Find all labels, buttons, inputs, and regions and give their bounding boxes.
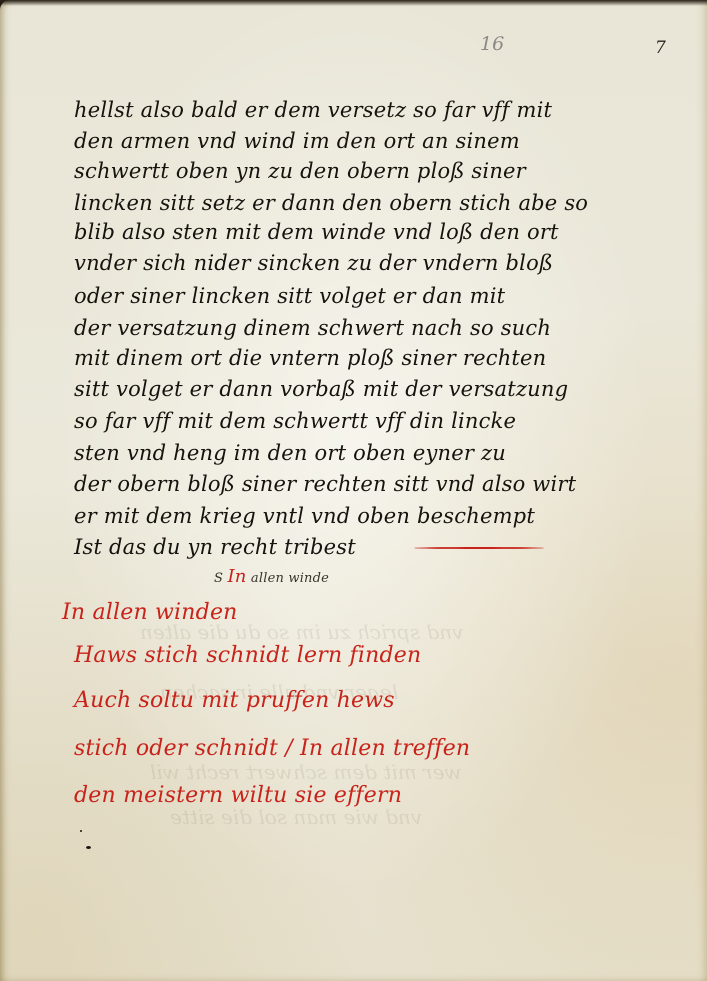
show-through-text: wer mit dem schwert recht wil [150, 760, 462, 784]
red-line-filler [414, 547, 544, 549]
text-line: er mit dem krieg vntl vnd oben beschempt [74, 504, 535, 528]
text-line: schwertt oben yn zu den obern ploß siner [74, 159, 526, 183]
show-through-text: vnd wie man sol die sitte [170, 805, 422, 829]
catchword-prefix: S [214, 571, 223, 586]
rubric-line: den meistern wiltu sie effern [74, 783, 402, 808]
binding-shadow [0, 0, 707, 6]
rubric-line: Haws stich schnidt lern finden [74, 643, 421, 668]
rubric-line: Auch soltu mit pruffen hews [74, 688, 395, 713]
manuscript-page: vnd sprich zu im so du die alten leger v… [0, 0, 707, 981]
text-line: der versatzung dinem schwert nach so suc… [74, 316, 551, 340]
text-line: lincken sitt setz er dann den obern stic… [74, 191, 588, 215]
text-line: der obern bloß siner rechten sitt vnd al… [74, 472, 576, 496]
text-line: sten vnd heng im den ort oben eyner zu [74, 441, 506, 465]
text-line: so far vff mit dem schwertt vff din linc… [74, 409, 516, 433]
text-line: Ist das du yn recht tribest [74, 535, 356, 559]
text-line: blib also sten mit dem winde vnd loß den… [74, 220, 559, 244]
catchword-rubric-letter: In [227, 566, 246, 587]
rubric-line: In allen winden [62, 600, 238, 625]
folio-number-ink: 7 [655, 38, 666, 58]
text-line: hellst also bald er dem versetz so far v… [74, 98, 552, 122]
catchword-note: S In allen winde [214, 566, 329, 587]
text-line: sitt volget er dann vorbaß mit der versa… [74, 377, 568, 401]
text-line: vnder sich nider sincken zu der vndern b… [74, 251, 553, 275]
text-line: den armen vnd wind im den ort an sinem [74, 129, 520, 153]
rubric-line: stich oder schnidt / In allen treffen [74, 736, 470, 761]
ink-mark [86, 846, 91, 849]
text-line: oder siner lincken sitt volget er dan mi… [74, 284, 505, 308]
catchword-text: allen winde [251, 571, 329, 586]
folio-number-pencil: 16 [480, 33, 504, 55]
ink-mark [80, 830, 82, 832]
text-line: mit dinem ort die vntern ploß siner rech… [74, 346, 546, 370]
